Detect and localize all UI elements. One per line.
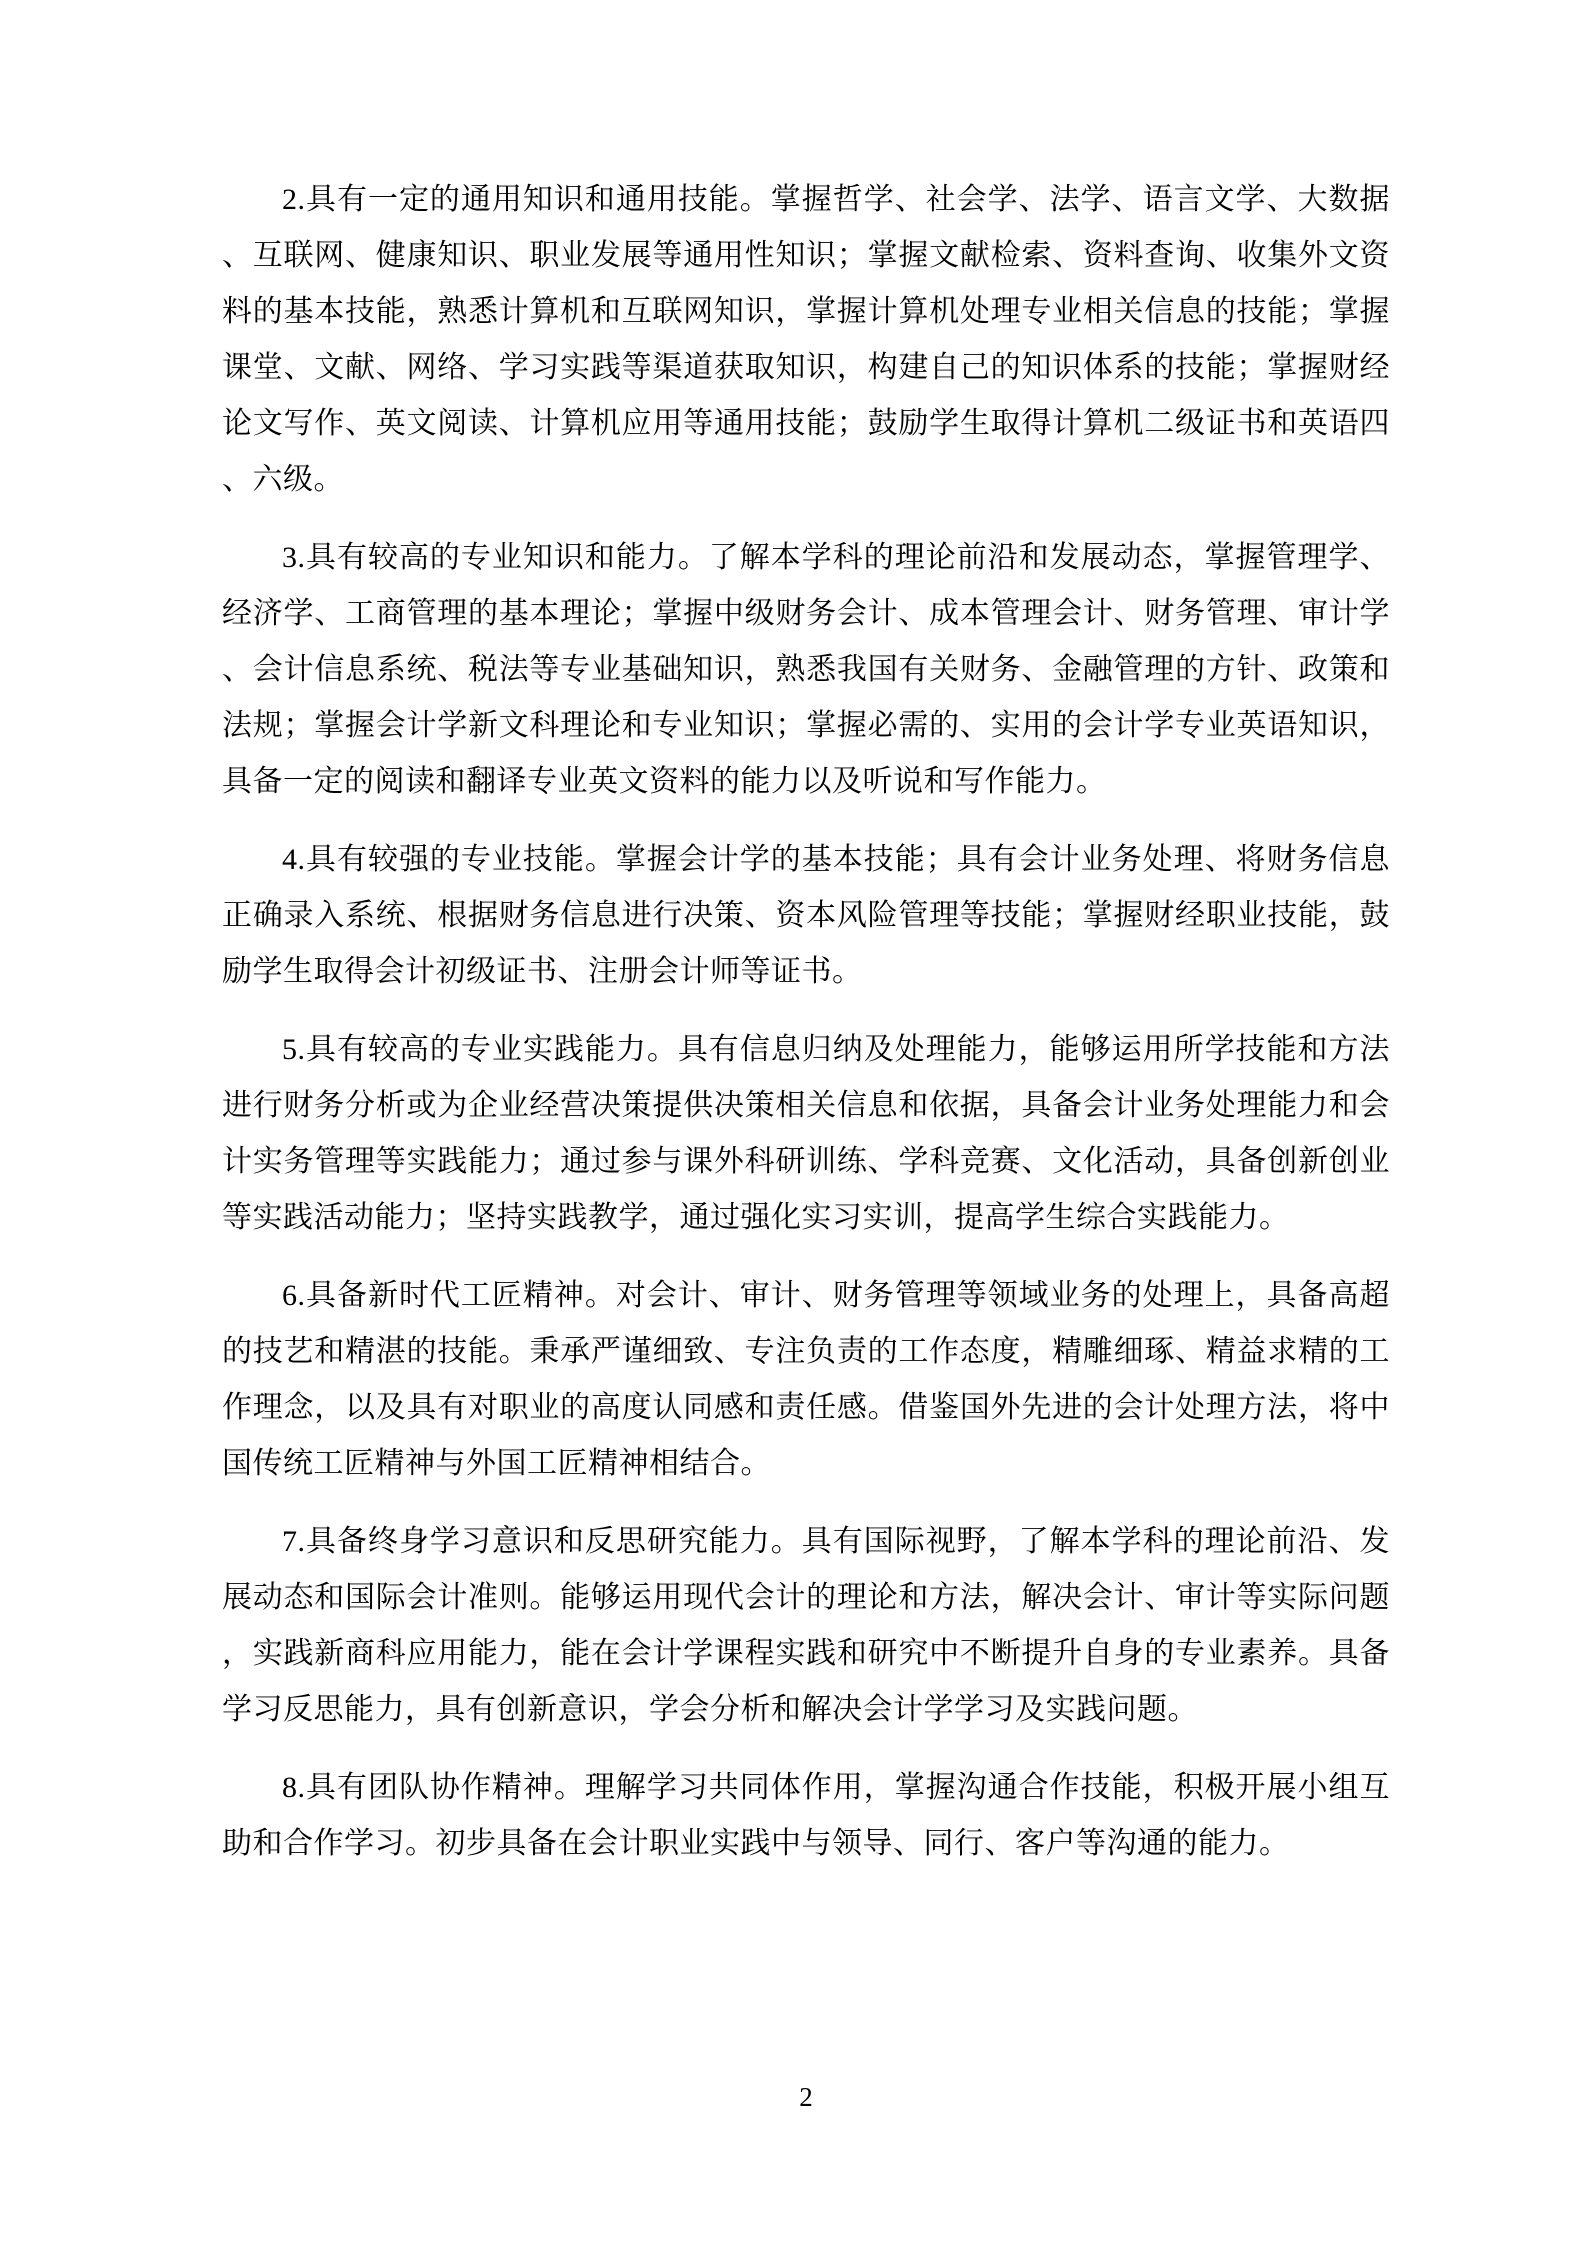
paragraph-5: 5.具有较高的专业实践能力。具有信息归纳及处理能力，能够运用所学技能和方法进行财…	[222, 1022, 1390, 1246]
paragraph-4: 4.具有较强的专业技能。掌握会计学的基本技能；具有会计业务处理、将财务信息正确录…	[222, 832, 1390, 1000]
paragraph-7: 7.具备终身学习意识和反思研究能力。具有国际视野，了解本学科的理论前沿、发展动态…	[222, 1514, 1390, 1738]
document-page: 2.具有一定的通用知识和通用技能。掌握哲学、社会学、法学、语言文学、大数据、互联…	[0, 0, 1586, 2245]
paragraph-3: 3.具有较高的专业知识和能力。了解本学科的理论前沿和发展动态，掌握管理学、经济学…	[222, 530, 1390, 810]
document-body: 2.具有一定的通用知识和通用技能。掌握哲学、社会学、法学、语言文学、大数据、互联…	[222, 172, 1390, 1894]
paragraph-6: 6.具备新时代工匠精神。对会计、审计、财务管理等领域业务的处理上，具备高超的技艺…	[222, 1268, 1390, 1492]
paragraph-8: 8.具有团队协作精神。理解学习共同体作用，掌握沟通合作技能，积极开展小组互助和合…	[222, 1760, 1390, 1872]
paragraph-2: 2.具有一定的通用知识和通用技能。掌握哲学、社会学、法学、语言文学、大数据、互联…	[222, 172, 1390, 508]
page-number: 2	[222, 2082, 1390, 2112]
